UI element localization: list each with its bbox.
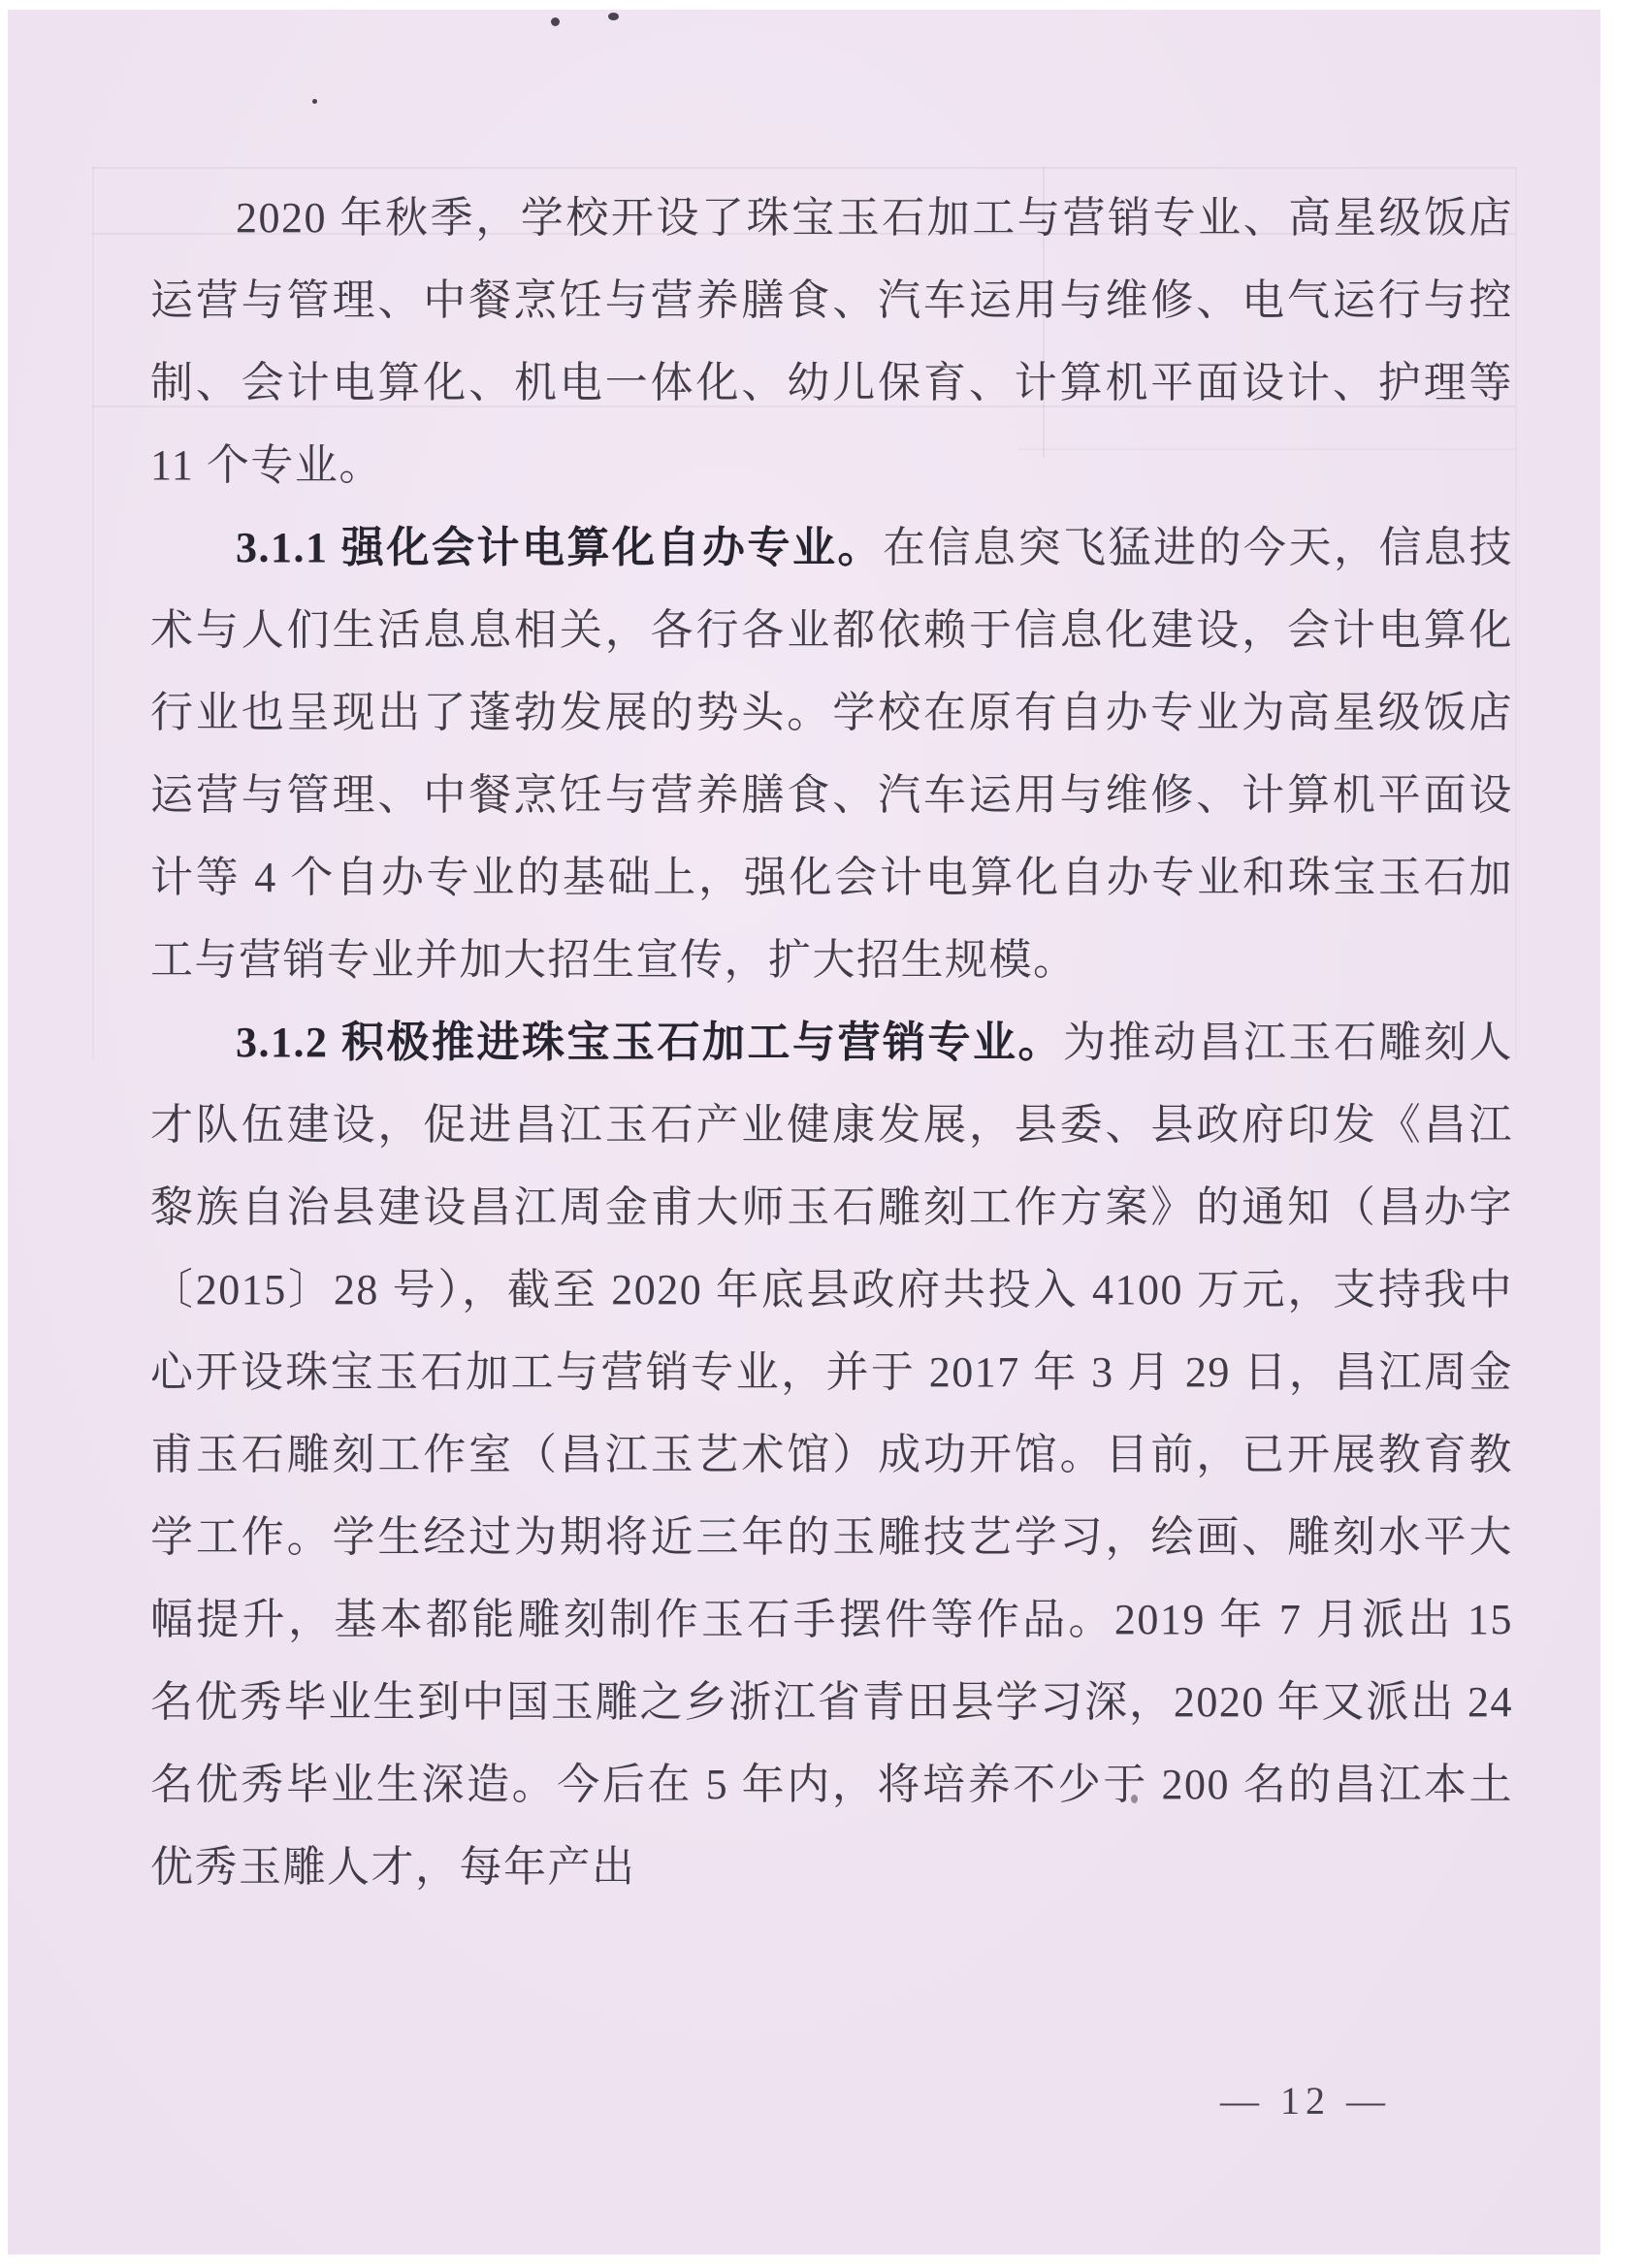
paragraph-intro: 2020 年秋季，学校开设了珠宝玉石加工与营销专业、高星级饭店运营与管理、中餐烹… — [150, 177, 1513, 506]
paper-sheet: 2020 年秋季，学校开设了珠宝玉石加工与营销专业、高星级饭店运营与管理、中餐烹… — [8, 10, 1600, 2254]
document-body: 2020 年秋季，学校开设了珠宝玉石加工与营销专业、高星级饭店运营与管理、中餐烹… — [150, 177, 1513, 1908]
page-number: — 12 — — [1220, 2078, 1391, 2123]
scan-speck — [551, 17, 560, 26]
scan-speck — [608, 13, 619, 20]
paragraph-text: 为推动昌江玉石雕刻人才队伍建设，促进昌江玉石产业健康发展，县委、县政府印发《昌江… — [150, 1019, 1513, 1891]
ghost-line — [92, 167, 94, 1059]
paragraph-text: 在信息突飞猛进的今天，信息技术与人们生活息息相关，各行各业都依赖于信息化建设，会… — [150, 524, 1513, 984]
paragraph-3-1-2: 3.1.2 积极推进珠宝玉石加工与营销专业。为推动昌江玉石雕刻人才队伍建设，促进… — [150, 1001, 1513, 1908]
ghost-line — [1515, 167, 1517, 1059]
scan-speck — [312, 99, 317, 104]
scanned-document-page: 2020 年秋季，学校开设了珠宝玉石加工与营销专业、高星级饭店运营与管理、中餐烹… — [0, 0, 1645, 2268]
ghost-line — [92, 167, 1515, 169]
paragraph-text: 2020 年秋季，学校开设了珠宝玉石加工与营销专业、高星级饭店运营与管理、中餐烹… — [150, 194, 1513, 489]
section-heading-3-1-1: 3.1.1 强化会计电算化自办专业。 — [236, 524, 883, 571]
paragraph-3-1-1: 3.1.1 强化会计电算化自办专业。在信息突飞猛进的今天，信息技术与人们生活息息… — [150, 506, 1513, 1001]
section-heading-3-1-2: 3.1.2 积极推进珠宝玉石加工与营销专业。 — [236, 1019, 1063, 1066]
